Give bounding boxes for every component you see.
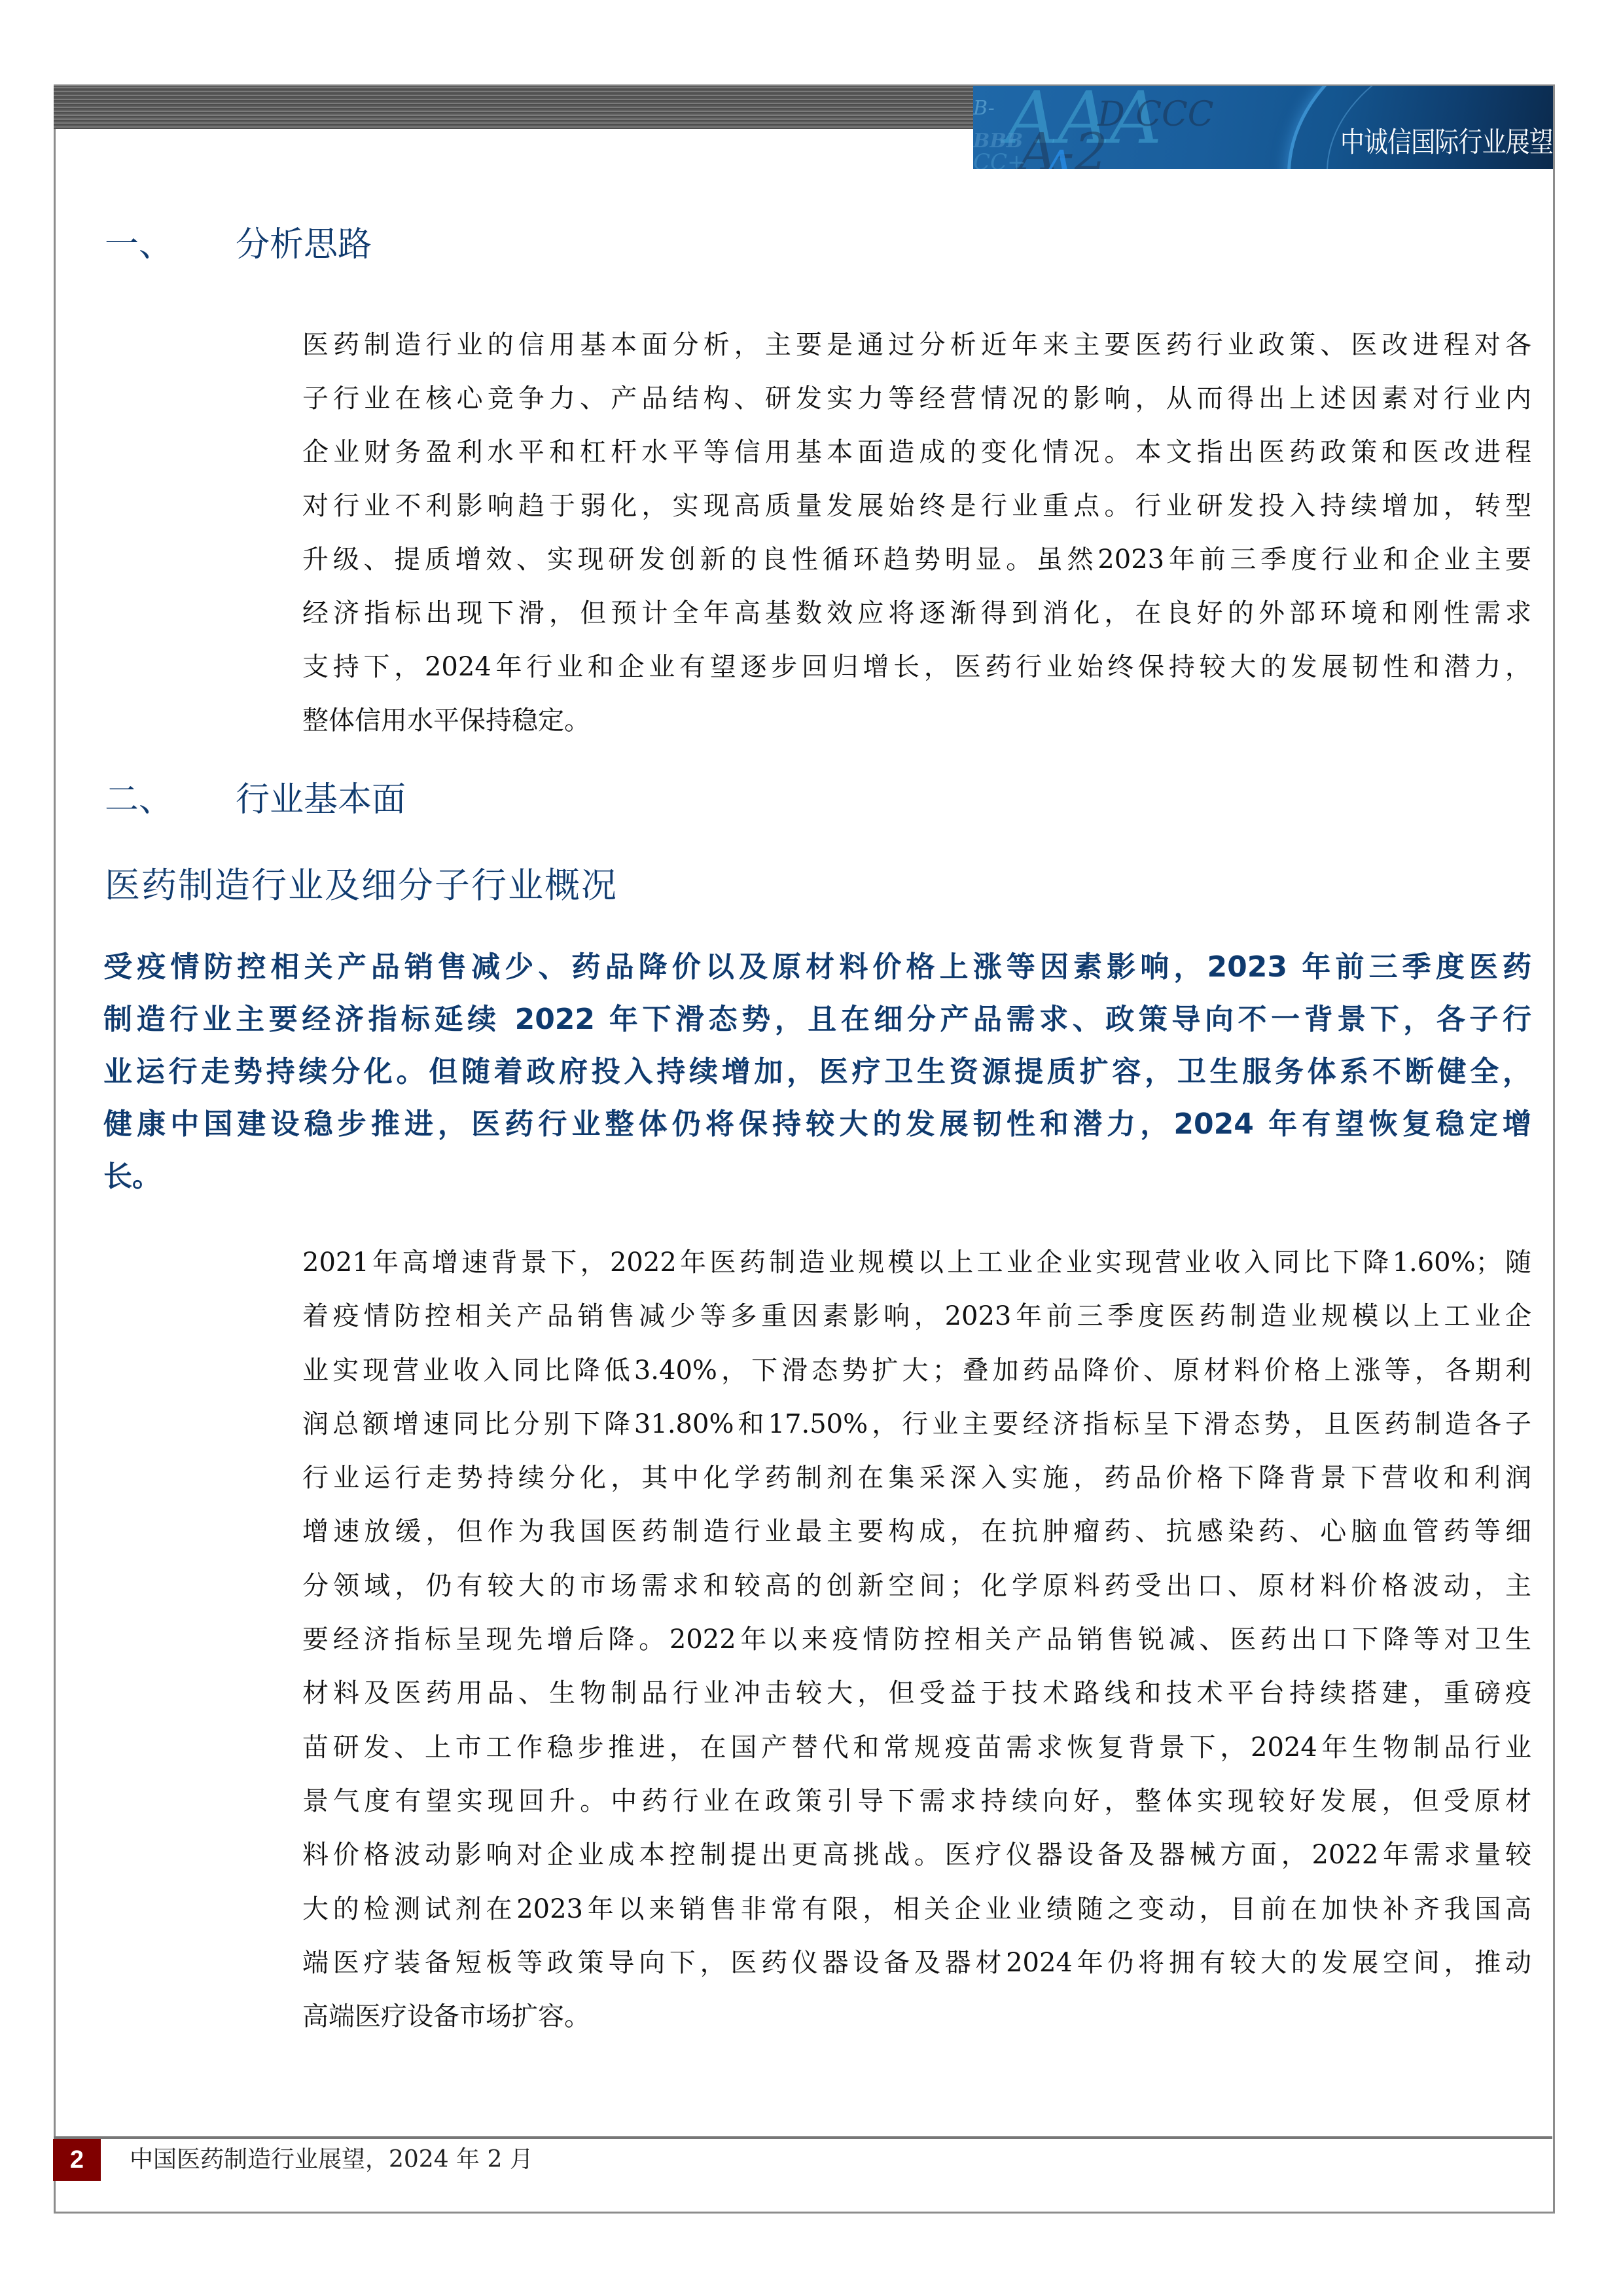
- subsection-heading: 医药制造行业及细分子行业概况: [105, 868, 618, 903]
- paragraph-line: 经济指标出现下滑，但预计全年高基数效应将逐渐得到消化，在良好的外部环境和刚性需求: [302, 586, 1531, 640]
- paragraph-line: 景气度有望实现回升。中药行业在政策引导下需求持续向好，整体实现较好发展，但受原材: [302, 1774, 1531, 1828]
- banner-title: 中诚信国际行业展望: [1340, 129, 1553, 157]
- paragraph-line: 支持下，2024年行业和企业有望逐步回归增长，医药行业始终保持较大的发展韧性和潜…: [302, 640, 1531, 694]
- paragraph-line: 料价格波动影响对企业成本控制提出更高挑战。医疗仪器设备及器械方面，2022年需求…: [302, 1828, 1531, 1882]
- banner-letters-bbb: BBB: [973, 132, 1023, 151]
- lead-line: 受疫情防控相关产品销售减少、药品降价以及原材料价格上涨等因素影响，2023 年前…: [103, 941, 1531, 994]
- paragraph-line: 要经济指标呈现先增后降。2022年以来疫情防控相关产品销售锐减、医药出口下降等对…: [302, 1613, 1531, 1666]
- paragraph-line: 2021年高增速背景下，2022年医药制造业规模以上工业企业实现营业收入同比下降…: [302, 1236, 1531, 1289]
- paragraph-line: 对行业不利影响趋于弱化，实现高质量发展始终是行业重点。行业研发投入持续增加，转型: [302, 479, 1531, 533]
- banner-letters-b-minus: B-: [973, 99, 995, 118]
- paragraph-line: 医药制造行业的信用基本面分析，主要是通过分析近年来主要医药行业政策、医改进程对各: [302, 318, 1531, 372]
- paragraph-line: 业实现营业收入同比降低3.40%，下滑态势扩大；叠加药品降价、原材料价格上涨等，…: [302, 1344, 1531, 1397]
- paragraph-line: 润总额增速同比分别下降31.80%和17.50%，行业主要经济指标呈下滑态势，且…: [302, 1397, 1531, 1451]
- paragraph-line: 着疫情防控相关产品销售减少等多重因素影响，2023年前三季度医药制造业规模以上工…: [302, 1289, 1531, 1343]
- footer-divider: [54, 2136, 1552, 2139]
- banner-letters-d-ccc: D CCC: [1097, 98, 1214, 132]
- footer-report-title: 中国医药制造行业展望，2024 年 2 月: [130, 2145, 533, 2174]
- paragraph-line: 大的检测试剂在2023年以来销售非常有限，相关企业业绩随之变动，目前在加快补齐我…: [302, 1882, 1531, 1936]
- header-striped-bar: [54, 86, 973, 129]
- section-heading-analysis: 一、分析思路: [105, 228, 372, 262]
- paragraph-line: 升级、提质增效、实现研发创新的良性循环趋势明显。虽然2023年前三季度行业和企业…: [302, 533, 1531, 586]
- paragraph-line: 子行业在核心竞争力、产品结构、研发实力等经营情况的影响，从而得出上述因素对行业内: [302, 372, 1531, 425]
- section-heading-fundamentals: 二、行业基本面: [105, 783, 406, 817]
- lead-line: 制造行业主要经济指标延续 2022 年下滑态势，且在细分产品需求、政策导向不一背…: [103, 994, 1531, 1046]
- paragraph-line: 分领域，仍有较大的市场需求和较高的创新空间；化学原料药受出口、原材料价格波动，主: [302, 1559, 1531, 1613]
- header-banner: AAA B- D CCC BBB A-2 CC+ A- 中诚信国际行业展望: [973, 86, 1553, 169]
- lead-line: 健康中国建设稳步推进，医药行业整体仍将保持较大的发展韧性和潜力，2024 年有望…: [103, 1098, 1531, 1151]
- section-title: 分析思路: [236, 225, 372, 264]
- paragraph-line: 行业运行走势持续分化，其中化学药制剂在集采深入实施，药品价格下降背景下营收和利润: [302, 1451, 1531, 1505]
- paragraph-line: 端医疗装备短板等政策导向下，医药仪器设备及器材2024年仍将拥有较大的发展空间，…: [302, 1936, 1531, 1990]
- paragraph-line: 企业财务盈利水平和杠杆水平等信用基本面造成的变化情况。本文指出医药政策和医改进程: [302, 425, 1531, 479]
- paragraph-line: 材料及医药用品、生物制品行业冲击较大，但受益于技术路线和技术平台持续搭建，重磅疫: [302, 1666, 1531, 1720]
- industry-overview-paragraph: 2021年高增速背景下，2022年医药制造业规模以上工业企业实现营业收入同比下降…: [302, 1236, 1531, 2043]
- section-number: 二、: [105, 783, 236, 817]
- lead-line: 业运行走势持续分化。但随着政府投入持续增加，医疗卫生资源提质扩容，卫生服务体系不…: [103, 1046, 1531, 1098]
- page-number-badge: 2: [53, 2139, 101, 2181]
- lead-summary-paragraph: 受疫情防控相关产品销售减少、药品降价以及原材料价格上涨等因素影响，2023 年前…: [103, 941, 1531, 1203]
- lead-line: 长。: [103, 1151, 1531, 1203]
- paragraph-line: 高端医疗设备市场扩容。: [302, 1990, 1531, 2043]
- section-title: 行业基本面: [236, 780, 406, 819]
- paragraph-line: 整体信用水平保持稳定。: [302, 694, 1531, 747]
- paragraph-line: 苗研发、上市工作稳步推进，在国产替代和常规疫苗需求恢复背景下，2024年生物制品…: [302, 1721, 1531, 1774]
- section-number: 一、: [105, 228, 236, 262]
- banner-letters-a-minus: A-: [1042, 145, 1090, 169]
- paragraph-line: 增速放缓，但作为我国医药制造行业最主要构成，在抗肿瘤药、抗感染药、心脑血管药等细: [302, 1505, 1531, 1558]
- banner-letters-cc-plus: CC+: [973, 151, 1026, 169]
- analysis-paragraph: 医药制造行业的信用基本面分析，主要是通过分析近年来主要医药行业政策、医改进程对各…: [302, 318, 1531, 747]
